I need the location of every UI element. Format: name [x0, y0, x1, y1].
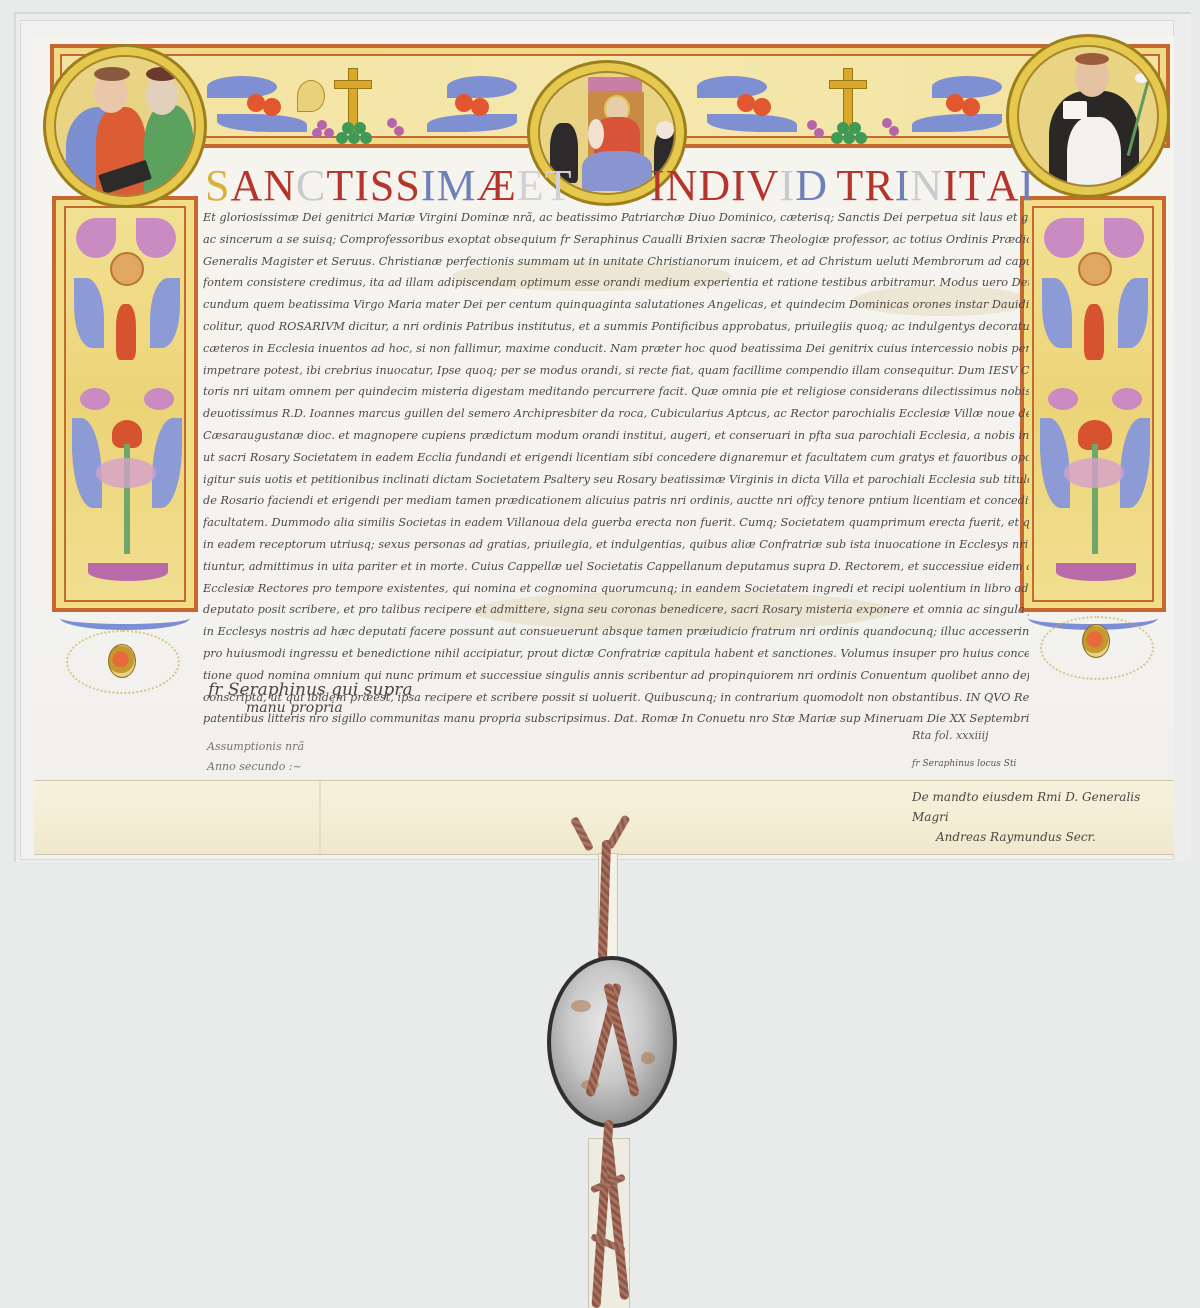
medallion-apostles [43, 44, 207, 208]
headline-segment: ET [517, 166, 573, 206]
right-border-pilaster [1020, 196, 1166, 612]
headline-segment: I [780, 166, 796, 206]
acanthus-scroll-ornament [697, 76, 817, 136]
headline-segment: IM [421, 166, 477, 206]
headline-segment: I [1019, 166, 1035, 206]
text-line: impetrare potest, ibi crebrius inuocatur… [203, 360, 1029, 382]
text-line: cæteros in Ecclesia inuentos ad hoc, si … [203, 338, 1029, 360]
dating-note: Assumptionis nrã Anno secundo :~ [207, 737, 304, 777]
headline-segment: Æ [477, 166, 517, 206]
acanthus-scroll-ornament [407, 76, 527, 136]
text-line: ac sincerum a se suisq; Comprofessoribus… [203, 229, 1029, 251]
text-line: Generalis Magister et Seruus. Christianæ… [203, 251, 1029, 273]
headline-segment: TR [836, 166, 894, 206]
lead-seal-bulla [547, 956, 677, 1128]
headline-segment: I [895, 166, 911, 206]
text-line: ut sacri Rosary Societatem in eadem Eccl… [203, 447, 1029, 469]
left-border-pilaster [52, 196, 198, 612]
registry-note: Rta fol. xxxiiij fr Seraphinus locus Sti [912, 714, 1016, 770]
charter-body-text: Et gloriosissimæ Dei genitrici Mariæ Vir… [203, 207, 1029, 730]
headline-segment: N [910, 166, 943, 206]
acanthus-scroll-ornament [207, 76, 327, 136]
text-line: toris nri uitam omnem per quindecim mist… [203, 381, 1029, 403]
headline-segment: S [205, 166, 230, 206]
signature-seraphinus: fr Seraphinus qui supra manu propria [208, 680, 413, 716]
text-line: igitur suis uotis et petitionibus inclin… [203, 469, 1029, 491]
text-line: deuotissimus R.D. Ioannes marcus guillen… [203, 403, 1029, 425]
chancery-note: De mandto eiusdem Rmi D. Generalis Magri… [912, 787, 1174, 847]
text-line: deputato posit scribere, et pro talibus … [203, 599, 1029, 621]
text-line: in Ecclesys nostris ad hæc deputati face… [203, 621, 1029, 643]
headline-segment: A [987, 166, 1020, 206]
headline-segment: C [296, 166, 326, 206]
text-line: in eadem receptorum utriusq; sexus perso… [203, 534, 1029, 556]
headline-segment: IT [943, 166, 987, 206]
text-line: de Rosario faciendi et erigendi per medi… [203, 490, 1029, 512]
text-line: Cæsaraugustanæ dioc. et magnopere cupien… [203, 425, 1029, 447]
text-line: tiuntur, admittimus in uita pariter et i… [203, 556, 1029, 578]
text-line: Ecclesiæ Rectores pro tempore existentes… [203, 578, 1029, 600]
text-line: facultatem. Dummodo alia similis Societa… [203, 512, 1029, 534]
headline-segment: D [795, 166, 828, 206]
headline-title: S AN C TISS IM Æ ET INDIV I D TR I N IT … [205, 166, 1035, 206]
acanthus-scroll-ornament [902, 76, 1022, 136]
text-line: colitur, quod ROSARIVM dicitur, a nri or… [203, 316, 1029, 338]
headline-segment: INDIV [650, 166, 780, 206]
text-line: cundum quem beatissima Virgo Maria mater… [203, 294, 1029, 316]
text-line: Et gloriosissimæ Dei genitrici Mariæ Vir… [203, 207, 1029, 229]
text-line: fontem consistere credimus, ita ad illam… [203, 272, 1029, 294]
headline-segment: AN [230, 166, 296, 206]
text-line: pro huiusmodi ingressu et benedictione n… [203, 643, 1029, 665]
headline-segment: TISS [326, 166, 420, 206]
drapery-swag [60, 606, 190, 630]
